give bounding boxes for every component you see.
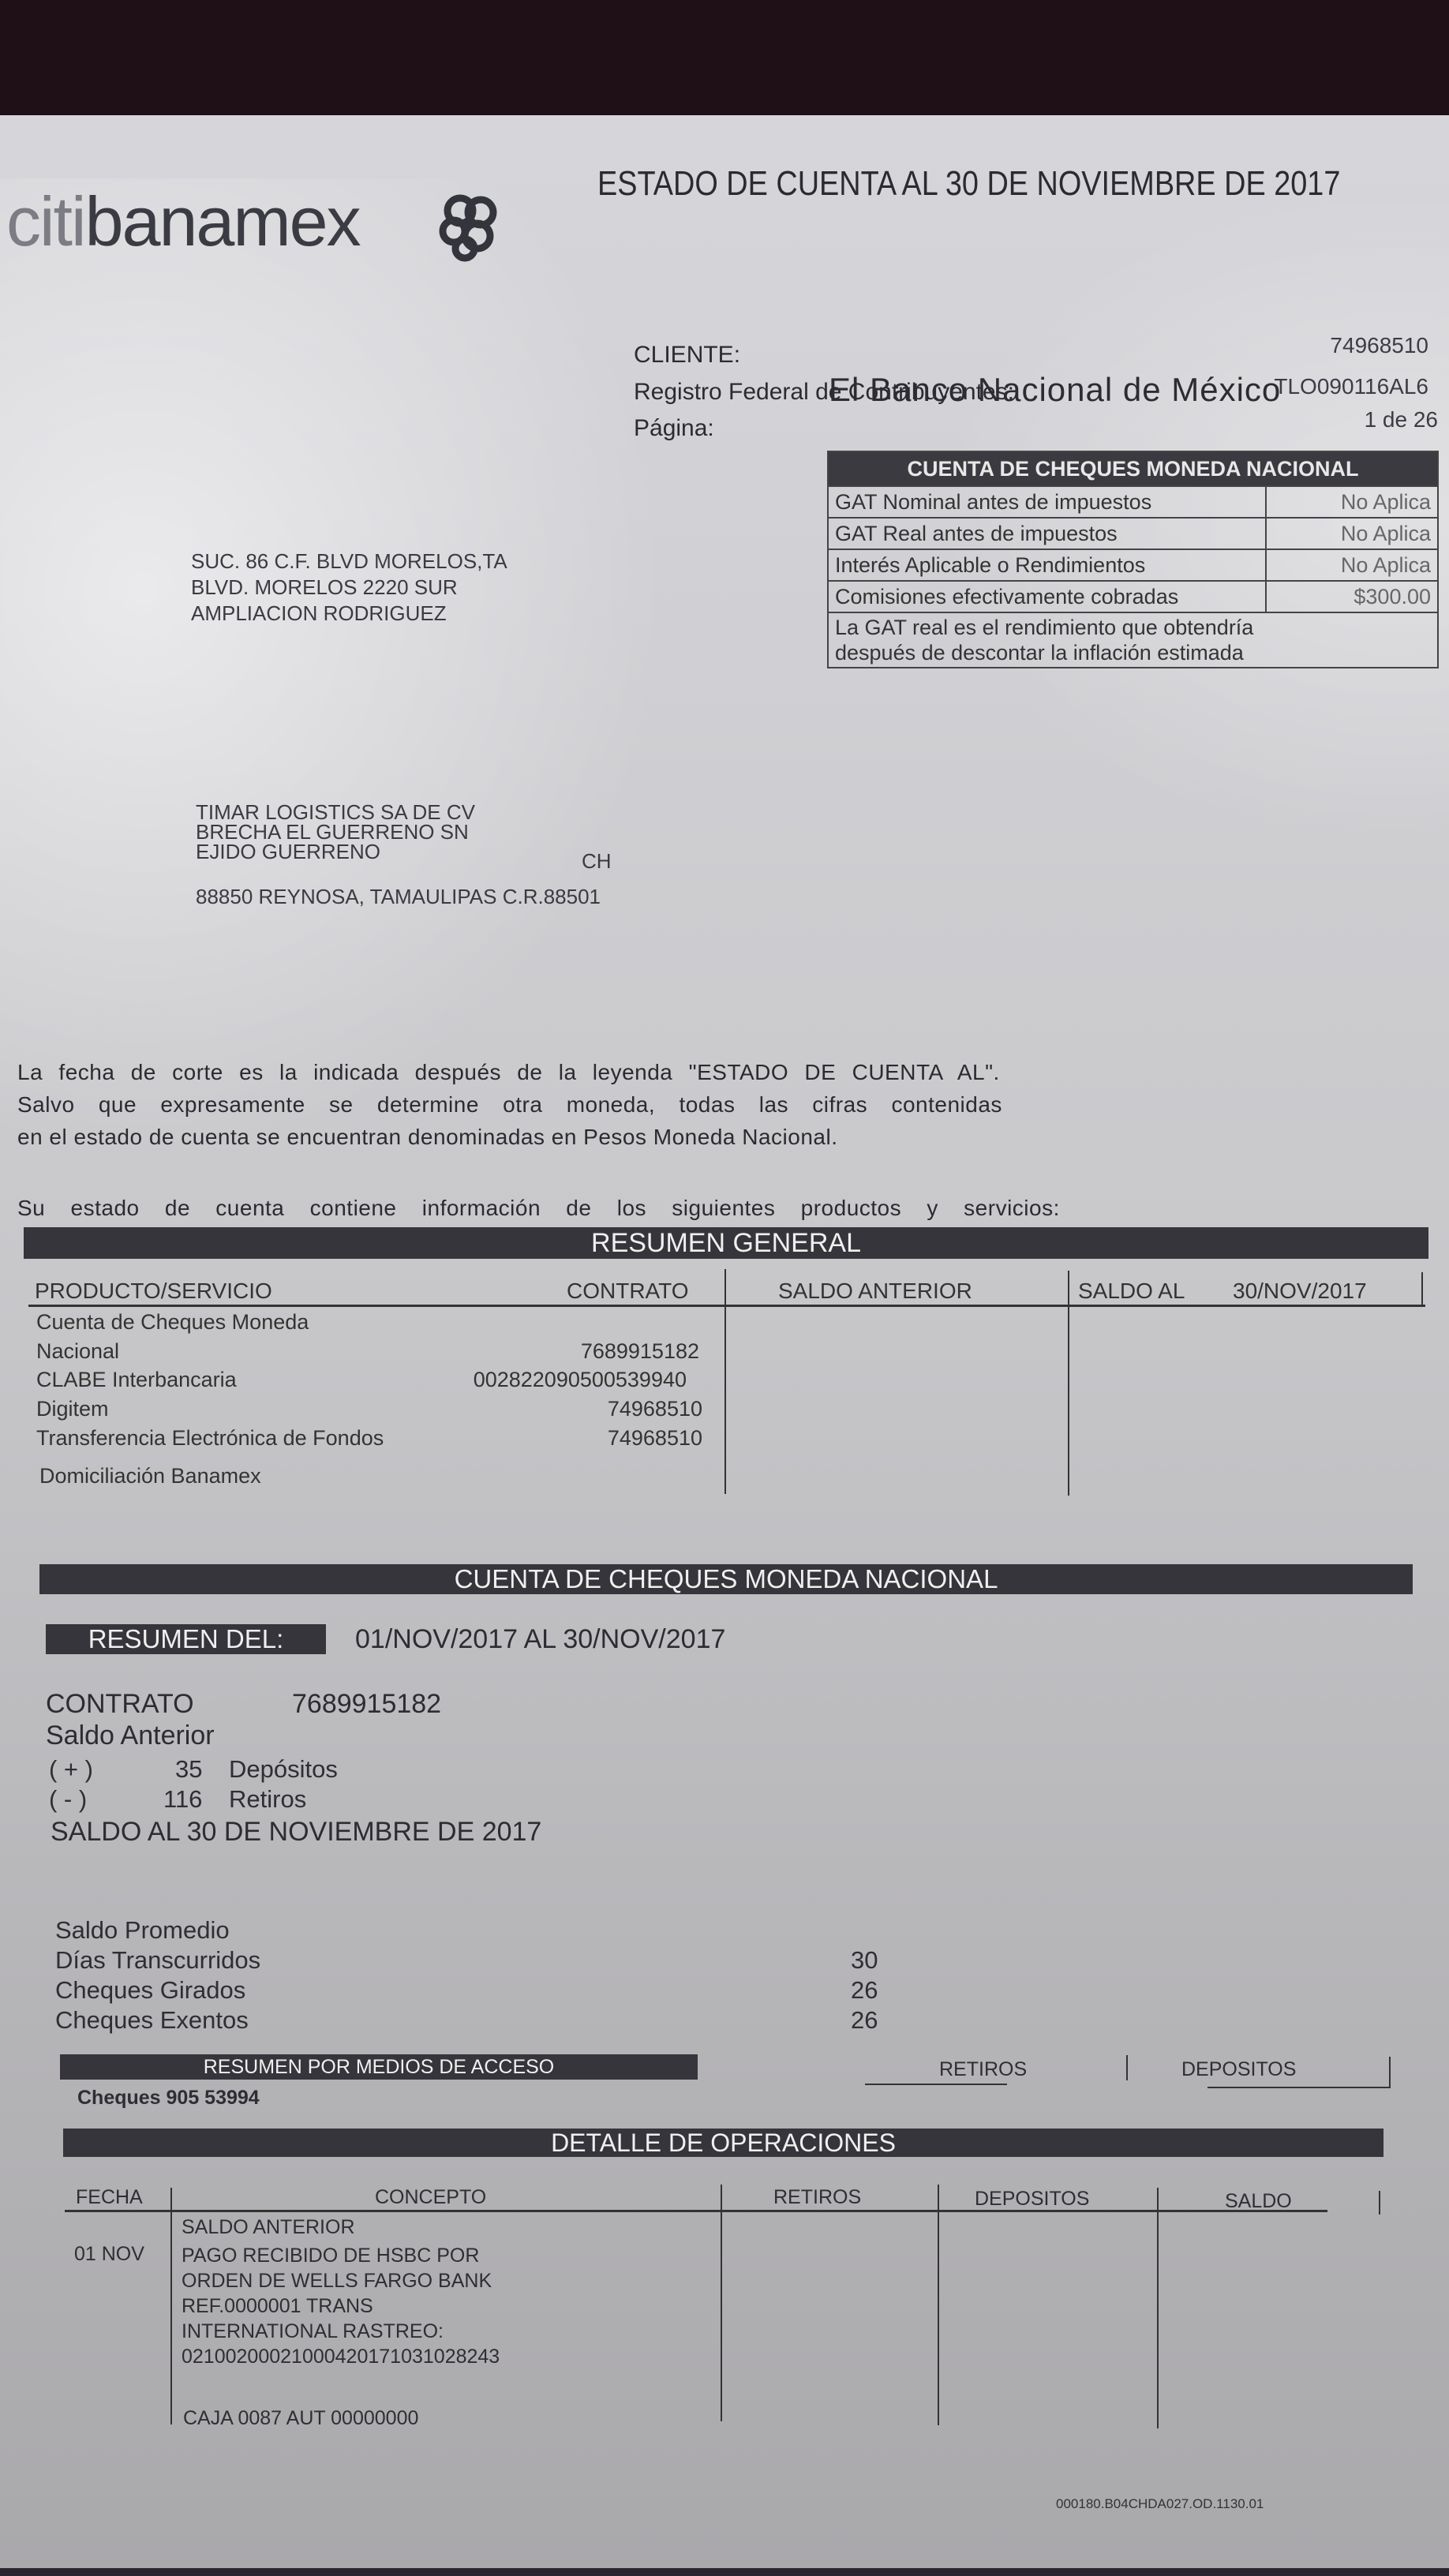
stat-label: Cheques Girados (55, 1976, 245, 2005)
notice-line-2: Salvo que expresamente se determine otra… (17, 1092, 1002, 1118)
product-row: Nacional (36, 1339, 119, 1364)
banamex-logo: citibanamex (6, 182, 360, 262)
depositos-label: Depósitos (229, 1755, 338, 1784)
col-fecha: FECHA (76, 2186, 143, 2209)
pagina-value: 1 de 26 (1365, 407, 1438, 432)
depositos-count: 35 (175, 1755, 202, 1784)
stat-value: 26 (851, 2006, 878, 2035)
medios-retiros-label: RETIROS (939, 2058, 1027, 2081)
contrato-value: 7689915182 (292, 1689, 441, 1720)
gat-note: La GAT real es el rendimiento que obtend… (828, 612, 1438, 668)
client-address: TIMAR LOGISTICS SA DE CV BRECHA EL GUERR… (196, 803, 475, 862)
gat-table: CUENTA DE CHEQUES MONEDA NACIONAL GAT No… (827, 451, 1439, 668)
stat-label: Días Transcurridos (55, 1946, 260, 1975)
operation-date: 01 NOV (74, 2243, 144, 2266)
stat-label: Cheques Exentos (55, 2006, 249, 2035)
client-city: 88850 REYNOSA, TAMAULIPAS C.R.88501 (196, 884, 601, 910)
medios-depositos-label: DEPOSITOS (1181, 2058, 1296, 2081)
background-bottom (0, 2568, 1449, 2576)
contract-value: 7689915182 (581, 1339, 699, 1364)
contract-value: 002822090500539940 (474, 1368, 687, 1392)
col-saldo-al: SALDO AL (1078, 1279, 1185, 1304)
cheques-medio: Cheques 905 53994 (77, 2087, 260, 2110)
saldo-anterior-label: Saldo Anterior (46, 1720, 215, 1751)
period-range: 01/NOV/2017 AL 30/NOV/2017 (355, 1624, 725, 1655)
medios-acceso-header: RESUMEN POR MEDIOS DE ACCESO (60, 2054, 698, 2080)
product-row: Cuenta de Cheques Moneda (36, 1310, 309, 1335)
branch-address: SUC. 86 C.F. BLVD MORELOS,TA BLVD. MOREL… (191, 549, 507, 627)
footer-code: 000180.B04CHDA027.OD.1130.01 (1056, 2496, 1264, 2512)
contrato-label: CONTRATO (46, 1689, 194, 1720)
resumen-del-label: RESUMEN DEL: (46, 1624, 326, 1654)
resumen-general-header: RESUMEN GENERAL (24, 1227, 1428, 1259)
col-contrato: CONTRATO (567, 1279, 689, 1304)
contract-value: 74968510 (608, 1397, 702, 1421)
rfc-value: TLO090116AL6 (1274, 374, 1428, 399)
cliente-value: 74968510 (1330, 333, 1428, 358)
background-top (0, 0, 1449, 118)
product-row: Digitem (36, 1397, 109, 1421)
bank-name: El Banco Nacional de México (829, 371, 1281, 409)
product-row: Transferencia Electrónica de Fondos (36, 1426, 384, 1451)
operation-caja: CAJA 0087 AUT 00000000 (183, 2407, 418, 2430)
statement-title: ESTADO DE CUENTA AL 30 DE NOVIEMBRE DE 2… (597, 164, 1340, 204)
col-depositos: DEPOSITOS (975, 2188, 1089, 2211)
gat-row: Interés Aplicable o RendimientosNo Aplic… (828, 549, 1438, 581)
client-code: CH (582, 848, 612, 874)
retiros-label: Retiros (229, 1785, 306, 1814)
contract-value: 74968510 (608, 1426, 702, 1451)
stat-value: 30 (851, 1946, 878, 1975)
banamex-emblem-icon (430, 185, 509, 264)
saldo-final-label: SALDO AL 30 DE NOVIEMBRE DE 2017 (51, 1817, 541, 1848)
stat-label: Saldo Promedio (55, 1916, 230, 1945)
stat-value: 26 (851, 1976, 878, 2005)
notice-line-3: en el estado de cuenta se encuentran den… (17, 1125, 837, 1150)
gat-row: Comisiones efectivamente cobradas$300.00 (828, 581, 1438, 612)
gat-row: GAT Real antes de impuestosNo Aplica (828, 518, 1438, 549)
col-retiros: RETIROS (773, 2186, 861, 2209)
gat-row: GAT Nominal antes de impuestosNo Aplica (828, 486, 1438, 518)
col-saldo-fecha: 30/NOV/2017 (1233, 1279, 1367, 1304)
cuenta-cheques-header: CUENTA DE CHEQUES MONEDA NACIONAL (39, 1564, 1413, 1594)
col-saldo-anterior: SALDO ANTERIOR (778, 1279, 972, 1304)
retiros-count: 116 (163, 1785, 202, 1814)
col-producto: PRODUCTO/SERVICIO (35, 1279, 272, 1304)
product-row: Domiciliación Banamex (39, 1464, 261, 1488)
saldo-anterior-row: SALDO ANTERIOR (182, 2216, 355, 2239)
product-row: CLABE Interbancaria (36, 1368, 237, 1392)
pagina-label: Página: (634, 415, 714, 442)
operation-concept: PAGO RECIBIDO DE HSBC POR ORDEN DE WELLS… (182, 2243, 500, 2369)
notice-line-1: La fecha de corte es la indicada después… (17, 1060, 1000, 1085)
detalle-operaciones-header: DETALLE DE OPERACIONES (63, 2129, 1383, 2157)
cliente-label: CLIENTE: (634, 342, 740, 369)
notice-line-4: Su estado de cuenta contiene información… (17, 1196, 1060, 1221)
col-concepto: CONCEPTO (375, 2186, 486, 2209)
